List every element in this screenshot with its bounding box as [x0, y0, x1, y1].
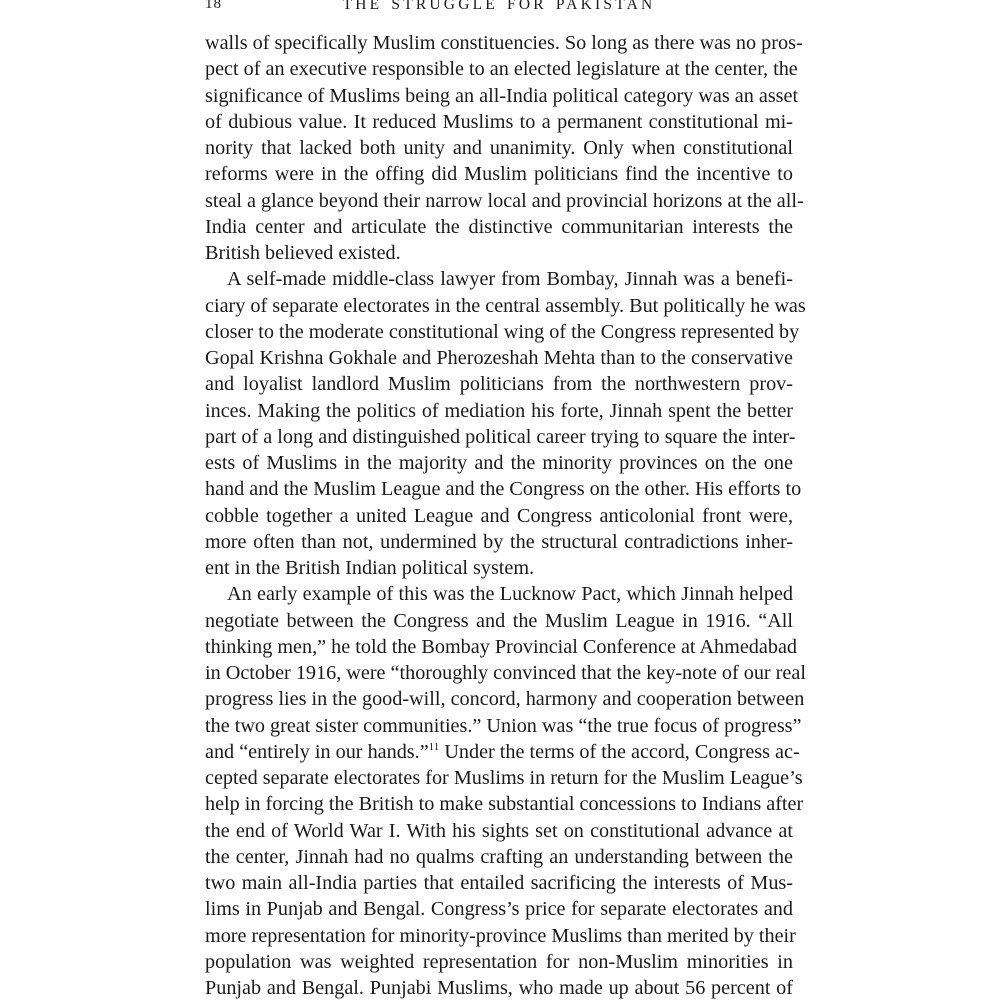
footnote-marker[interactable]: 11 — [429, 741, 440, 753]
text-line-with-footnote: and “entirely in our hands.”11 Under the… — [205, 739, 793, 765]
text-line: A self-made middle-class lawyer from Bom… — [205, 266, 793, 292]
text-line: negotiate between the Congress and the M… — [205, 608, 793, 634]
text-line: cobble together a united League and Cong… — [205, 503, 793, 529]
text-line: Gopal Krishna Gokhale and Pherozeshah Me… — [205, 345, 793, 371]
running-head: 18 THE STRUGGLE FOR PAKISTAN — [205, 0, 793, 18]
text-line: more often than not, undermined by the s… — [205, 529, 793, 555]
text-line: reforms were in the offing did Muslim po… — [205, 161, 793, 187]
text-line: ciary of separate electorates in the cen… — [205, 293, 793, 319]
text-line: thinking men,” he told the Bombay Provin… — [205, 634, 793, 660]
text-line: the center, Jinnah had no qualms craftin… — [205, 844, 793, 870]
text-line: British believed existed. — [205, 240, 793, 266]
text-line: the two great sister communities.” Union… — [205, 713, 793, 739]
text-line: India center and articulate the distinct… — [205, 214, 793, 240]
paragraph: A self-made middle-class lawyer from Bom… — [205, 266, 793, 581]
text-line: Punjab and Bengal. Punjabi Muslims, who … — [205, 975, 793, 1000]
text-line: part of a long and distinguished politic… — [205, 424, 793, 450]
text-line: pect of an executive responsible to an e… — [205, 56, 793, 82]
text-line: two main all-India parties that entailed… — [205, 870, 793, 896]
text-line: An early example of this was the Lucknow… — [205, 581, 793, 607]
text-line: steal a glance beyond their narrow local… — [205, 188, 793, 214]
text-line: the end of World War I. With his sights … — [205, 818, 793, 844]
text-line: ent in the British Indian political syst… — [205, 555, 793, 581]
text-line: cepted separate electorates for Muslims … — [205, 765, 793, 791]
text-line: help in forcing the British to make subs… — [205, 791, 793, 817]
text-line: population was weighted representation f… — [205, 949, 793, 975]
text-line: more representation for minority-provinc… — [205, 923, 793, 949]
text-line: inces. Making the politics of mediation … — [205, 398, 793, 424]
book-page: 18 THE STRUGGLE FOR PAKISTAN walls of sp… — [205, 0, 793, 1000]
text-line: walls of specifically Muslim constituenc… — [205, 30, 793, 56]
text-fragment: and “entirely in our hands.” — [205, 741, 429, 763]
text-line: hand and the Muslim League and the Congr… — [205, 476, 793, 502]
text-line: closer to the moderate constitutional wi… — [205, 319, 793, 345]
text-line: of dubious value. It reduced Muslims to … — [205, 109, 793, 135]
text-line: and loyalist landlord Muslim politicians… — [205, 371, 793, 397]
text-fragment: Under the terms of the accord, Congress … — [439, 741, 799, 763]
text-line: nority that lacked both unity and unanim… — [205, 135, 793, 161]
running-title: THE STRUGGLE FOR PAKISTAN — [205, 0, 793, 14]
paragraph: An early example of this was the Lucknow… — [205, 581, 793, 1000]
text-line: lims in Punjab and Bengal. Congress’s pr… — [205, 896, 793, 922]
body-text: walls of specifically Muslim constituenc… — [205, 30, 793, 1000]
paragraph: walls of specifically Muslim constituenc… — [205, 30, 793, 266]
text-line: in October 1916, were “thoroughly convin… — [205, 660, 793, 686]
text-line: significance of Muslims being an all-Ind… — [205, 83, 793, 109]
text-line: progress lies in the good-will, concord,… — [205, 686, 793, 712]
text-line: ests of Muslims in the majority and the … — [205, 450, 793, 476]
